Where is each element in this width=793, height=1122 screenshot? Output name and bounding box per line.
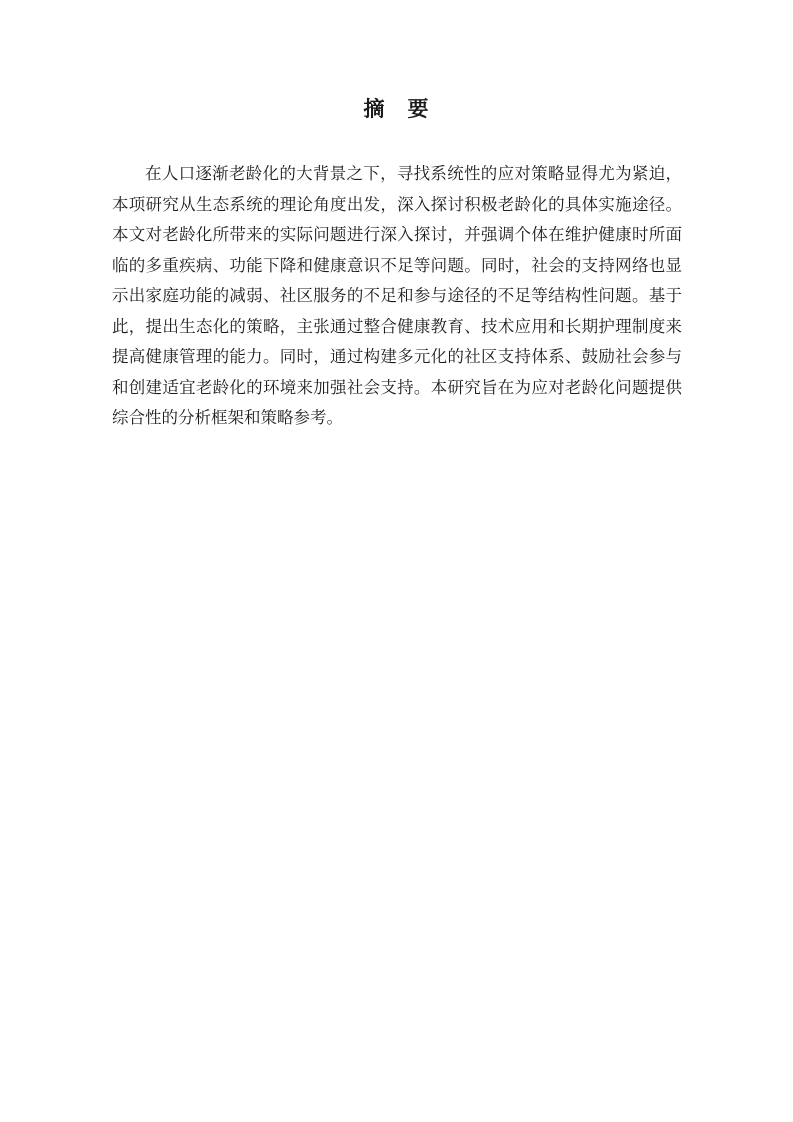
abstract-paragraph: 在人口逐渐老龄化的大背景之下，寻找系统性的应对策略显得尤为紧迫，本项研究从生态系… [112, 159, 682, 434]
document-page: 摘 要 在人口逐渐老龄化的大背景之下，寻找系统性的应对策略显得尤为紧迫，本项研究… [0, 0, 793, 1122]
abstract-title: 摘 要 [0, 0, 793, 122]
